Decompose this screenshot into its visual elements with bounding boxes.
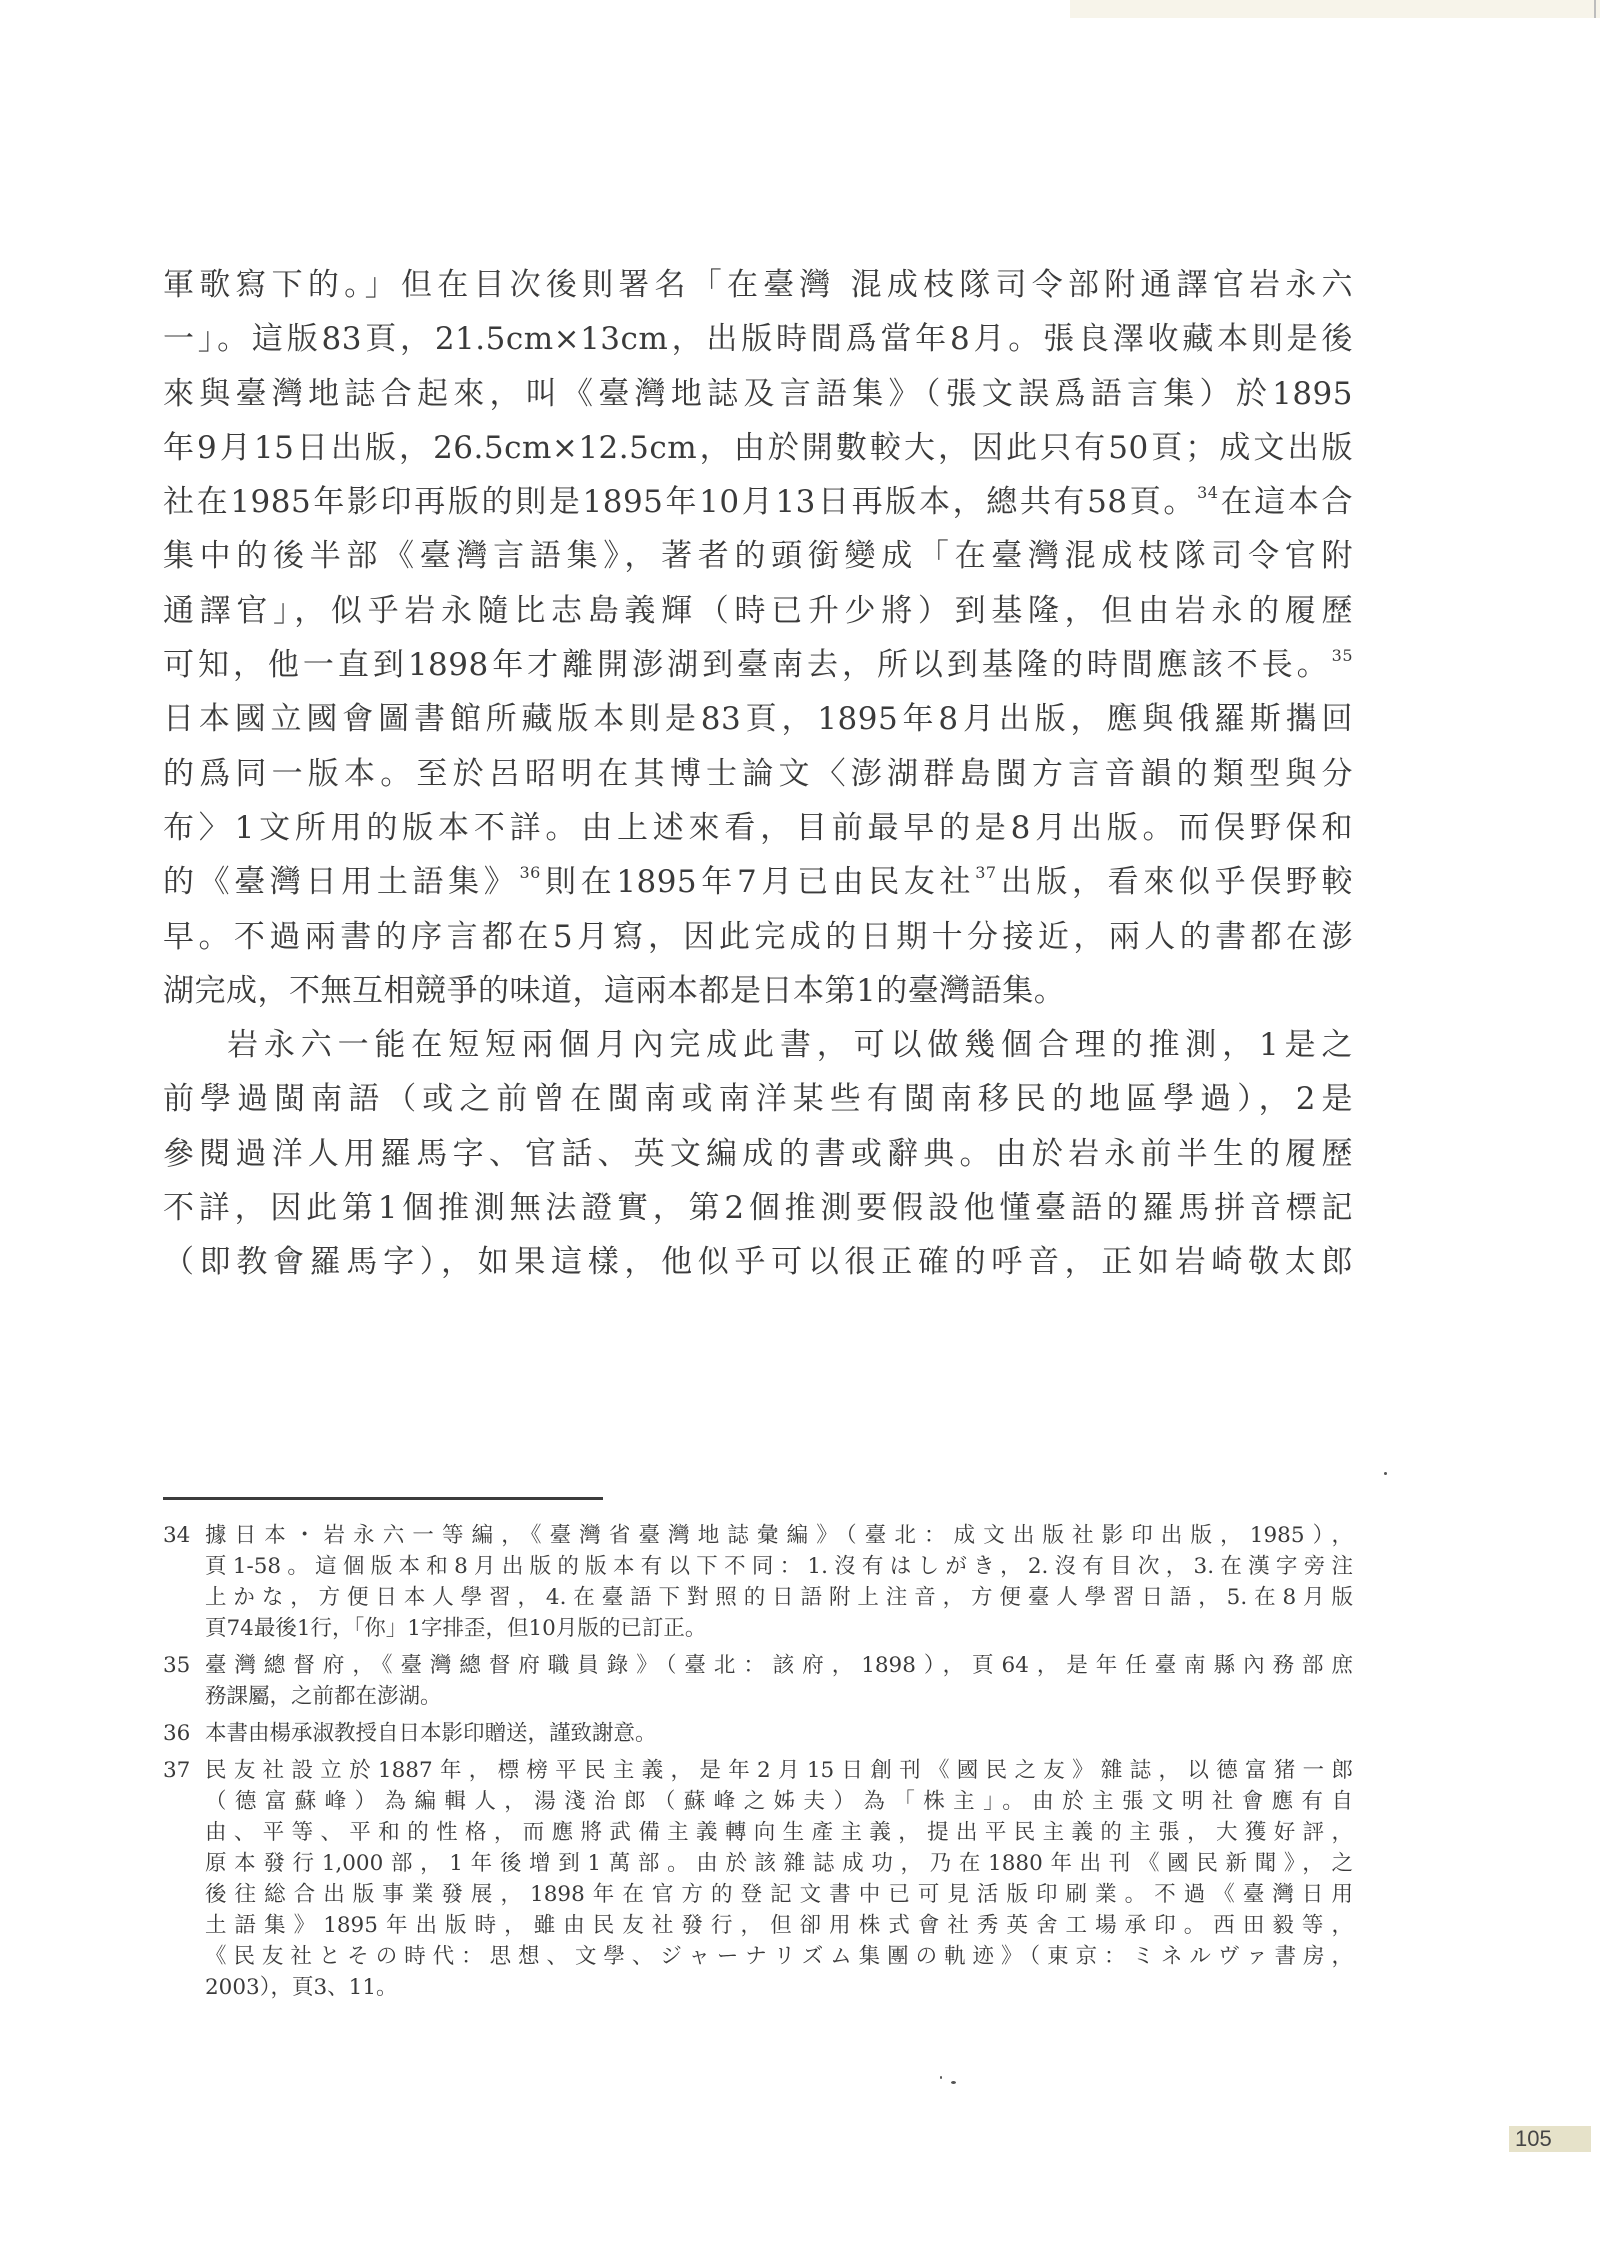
footnote-36: 36 本書由楊承淑教授自日本影印贈送，謹致謝意。	[163, 1718, 1353, 1749]
footnote-37: 37 民友社設立於1887年，標榜平民主義，是年2月15日創刊《國民之友》雜誌，…	[163, 1755, 1353, 2003]
footnote-line: 後往総合出版事業發展，1898年在官方的登記文書中已可見活版印刷業。不過《臺灣日…	[205, 1879, 1353, 1910]
body-line-text: 則在1895年7月已由民友社	[541, 864, 975, 900]
footnote-number: 34	[163, 1520, 205, 1644]
footnote-line: 土語集》1895年出版時，雖由民友社發行，但卻用株式會社秀英舍工場承印。西田毅等…	[205, 1910, 1353, 1941]
scan-edge-line	[1594, 0, 1596, 18]
body-line-text: 在這本合	[1218, 484, 1353, 520]
body-line: 的爲同一版本。至於呂昭明在其博士論文〈澎湖群島閩方言音韻的類型與分	[163, 747, 1353, 801]
footnotes: 34 據日本・岩永六一等編，《臺灣省臺灣地誌彙編》（臺北：成文出版社影印出版，1…	[163, 1520, 1353, 2009]
body-line: 集中的後半部《臺灣言語集》，著者的頭銜變成「在臺灣混成枝隊司令官附	[163, 529, 1353, 583]
footnote-line: 頁74最後1行，「你」1字排歪，但10月版的已訂正。	[205, 1613, 1353, 1644]
footnote-number: 35	[163, 1650, 205, 1712]
body-line: 前學過閩南語（或之前曾在閩南或南洋某些有閩南移民的地區學過），2是	[163, 1072, 1353, 1126]
footnote-line: 由、平等、平和的性格，而應將武備主義轉向生產主義，提出平民主義的主張，大獲好評，	[205, 1817, 1353, 1848]
footnote-34: 34 據日本・岩永六一等編，《臺灣省臺灣地誌彙編》（臺北：成文出版社影印出版，1…	[163, 1520, 1353, 1644]
body-line: （即教會羅馬字），如果這樣，他似乎可以很正確的呼音，正如岩崎敬太郎	[163, 1235, 1353, 1289]
footnote-line: 本書由楊承淑教授自日本影印贈送，謹致謝意。	[205, 1718, 1353, 1749]
body-line: 通譯官」，似乎岩永隨比志島義輝（時已升少將）到基隆，但由岩永的履歷	[163, 584, 1353, 638]
footnote-line: 民友社設立於1887年，標榜平民主義，是年2月15日創刊《國民之友》雜誌，以德富…	[205, 1755, 1353, 1786]
body-line: 的《臺灣日用土語集》36則在1895年7月已由民友社37出版，看來似乎俣野較	[163, 855, 1353, 909]
body-line: 軍歌寫下的。」但在目次後則署名「在臺灣 混成枝隊司令部附通譯官岩永六	[163, 258, 1353, 312]
footnote-line: 務課屬，之前都在澎湖。	[205, 1681, 1353, 1712]
footnote-line: 原本發行1,000部，1年後增到1萬部。由於該雜誌成功，乃在1880年出刊《國民…	[205, 1848, 1353, 1879]
body-line: 參閱過洋人用羅馬字、官話、英文編成的書或辭典。由於岩永前半生的履歷	[163, 1127, 1353, 1181]
page-number: 105	[1509, 2126, 1591, 2152]
footnote-number: 37	[163, 1755, 205, 2003]
footnote-line: （德富蘇峰）為編輯人，湯淺治郎（蘇峰之姊夫）為「株主」。由於主張文明社會應有自	[205, 1786, 1353, 1817]
body-line-text: 社在1985年影印再版的則是1895年10月13日再版本，總共有58頁。	[163, 484, 1197, 520]
footnote-ref-35[interactable]: 35	[1332, 646, 1353, 665]
body-line: 岩永六一能在短短兩個月內完成此書，可以做幾個合理的推測，1是之	[163, 1018, 1353, 1072]
footnote-ref-37[interactable]: 37	[975, 863, 996, 882]
body-line: 年9月15日出版，26.5cm×12.5cm，由於開數較大，因此只有50頁；成文…	[163, 421, 1353, 475]
footnote-line: 《民友社とその時代：思想、文學、ジャーナリズム集團の軌迹》（東京：ミネルヴァ書房…	[205, 1941, 1353, 1972]
body-text: 軍歌寫下的。」但在目次後則署名「在臺灣 混成枝隊司令部附通譯官岩永六 一」。這版…	[163, 258, 1353, 1290]
document-page: 軍歌寫下的。」但在目次後則署名「在臺灣 混成枝隊司令部附通譯官岩永六 一」。這版…	[0, 0, 1600, 2256]
footnote-line: 2003），頁3、11。	[205, 1972, 1353, 2003]
body-line: 湖完成，不無互相競爭的味道，這兩本都是日本第1的臺灣語集。	[163, 964, 1353, 1018]
footnote-line: 據日本・岩永六一等編，《臺灣省臺灣地誌彙編》（臺北：成文出版社影印出版，1985…	[205, 1520, 1353, 1551]
body-line-text: 的《臺灣日用土語集》	[163, 864, 519, 900]
footnote-line: 臺灣總督府，《臺灣總督府職員錄》（臺北：該府，1898），頁64，是年任臺南縣內…	[205, 1650, 1353, 1681]
body-line: 可知，他一直到1898年才離開澎湖到臺南去，所以到基隆的時間應該不長。35	[163, 638, 1353, 692]
footnote-line: 頁1-58。這個版本和8月出版的版本有以下不同：1.沒有はしがき，2.沒有目次，…	[205, 1551, 1353, 1582]
body-line: 社在1985年影印再版的則是1895年10月13日再版本，總共有58頁。34在這…	[163, 475, 1353, 529]
footnote-line: 上かな，方便日本人學習，4.在臺語下對照的日語附上注音，方便臺人學習日語，5.在…	[205, 1582, 1353, 1613]
body-line: 一」。這版83頁，21.5cm×13cm，出版時間爲當年8月。張良澤收藏本則是後	[163, 312, 1353, 366]
scan-edge-strip	[1070, 0, 1600, 18]
body-line: 早。不過兩書的序言都在5月寫，因此完成的日期十分接近，兩人的書都在澎	[163, 910, 1353, 964]
footnote-ref-34[interactable]: 34	[1197, 483, 1218, 502]
footnote-divider	[163, 1497, 603, 1500]
body-line-text: 可知，他一直到1898年才離開澎湖到臺南去，所以到基隆的時間應該不長。	[163, 647, 1332, 683]
footnote-number: 36	[163, 1718, 205, 1749]
footnote-ref-36[interactable]: 36	[519, 863, 540, 882]
body-line: 不詳，因此第1個推測無法證實，第2個推測要假設他懂臺語的羅馬拼音標記	[163, 1181, 1353, 1235]
body-line: 布〉1文所用的版本不詳。由上述來看，目前最早的是8月出版。而俣野保和	[163, 801, 1353, 855]
body-line-text: 出版，看來似乎俣野較	[997, 864, 1353, 900]
footnote-35: 35 臺灣總督府，《臺灣總督府職員錄》（臺北：該府，1898），頁64，是年任臺…	[163, 1650, 1353, 1712]
scan-speck	[951, 2081, 956, 2084]
body-line: 來與臺灣地誌合起來，叫《臺灣地誌及言語集》（張文誤爲語言集）於1895	[163, 367, 1353, 421]
body-line: 日本國立國會圖書館所藏版本則是83頁，1895年8月出版，應與俄羅斯攜回	[163, 692, 1353, 746]
scan-speck	[1384, 1472, 1387, 1475]
scan-speck	[940, 2076, 942, 2079]
